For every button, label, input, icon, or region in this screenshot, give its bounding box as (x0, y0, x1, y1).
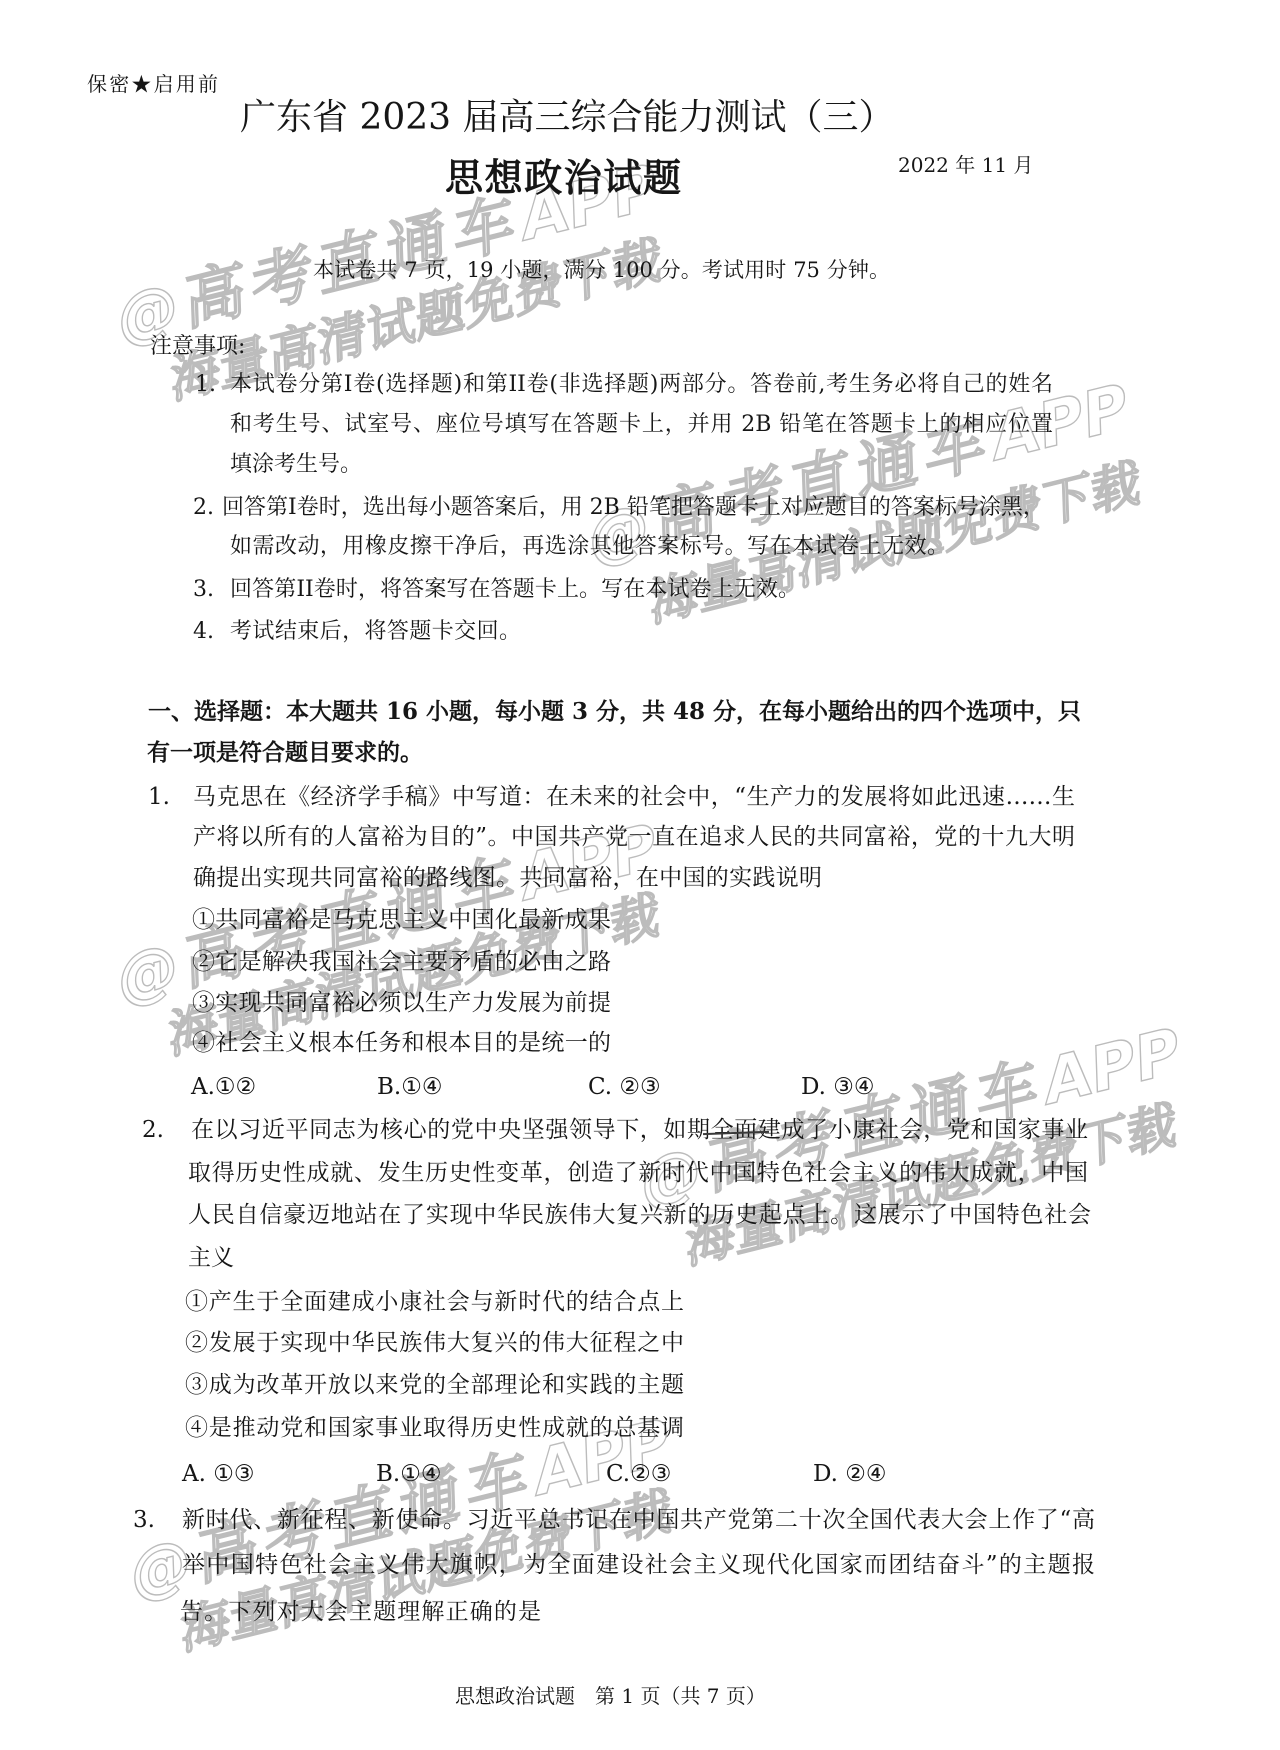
exam-date: 2022 年 11 月 (898, 151, 1033, 179)
question-stem-line: 在以习近平同志为核心的党中央坚强领导下，如期全面建成了小康社会，党和国家事业 (191, 1115, 1088, 1145)
exam-intro: 本试卷共 7 页，19 小题，满分 100 分。考试用时 75 分钟。 (313, 256, 890, 284)
question-stem-line: 确提出实现共同富裕的路线图。共同富裕，在中国的实践说明 (193, 863, 822, 893)
note-line: 回答第I卷时，选出每小题答案后，用 2B 铅笔把答题卡上对应题目的答案标号涂黑， (222, 493, 1043, 523)
statement: ④是推动党和国家事业取得历史性成就的总基调 (185, 1413, 684, 1443)
question-number: 3. (133, 1505, 155, 1535)
question-stem-line: 马克思在《经济学手稿》中写道：在未来的社会中，“生产力的发展将如此迅速……生 (193, 782, 1075, 812)
question-stem-line: 产将以所有的人富裕为目的”。中国共产党一直在追求人民的共同富裕，党的十九大明 (193, 822, 1075, 852)
confidential-label: 保密★启用前 (87, 70, 218, 98)
note-line: 考试结束后，将答题卡交回。 (230, 617, 521, 647)
statement: ②发展于实现中华民族伟大复兴的伟大征程之中 (185, 1328, 684, 1358)
option-d: D. ②④ (813, 1459, 886, 1489)
statement: ②它是解决我国社会主要矛盾的必由之路 (192, 947, 611, 977)
note-line: 填涂考生号。 (230, 450, 350, 480)
question-stem-line: 主义 (188, 1243, 234, 1273)
question-stem-line: 告。下列对大会主题理解正确的是 (180, 1597, 541, 1627)
section-heading-line: 有一项是符合题目要求的。 (147, 738, 417, 768)
question-number: 2. (142, 1115, 164, 1145)
note-line: 如需改动，用橡皮擦干净后，再选涂其他答案标号。写在本试卷上无效。 (230, 532, 949, 562)
section-heading-line: 一、选择题：本大题共 16 小题，每小题 3 分，共 48 分，在每小题给出的四… (148, 697, 1072, 727)
statement: ①共同富裕是马克思主义中国化最新成果 (192, 905, 611, 935)
question-stem-line: 举中国特色社会主义伟大旗帜，为全面建设社会主义现代化国家而团结奋斗”的主题报 (182, 1550, 1095, 1580)
option-b: B.①④ (376, 1459, 441, 1489)
note-line: 回答第II卷时，将答案写在答题卡上。写在本试卷上无效。 (230, 575, 800, 605)
exam-title: 广东省 2023 届高三综合能力测试（三） (240, 96, 885, 140)
statement: ③成为改革开放以来党的全部理论和实践的主题 (185, 1370, 684, 1400)
question-stem-line: 取得历史性成就、发生历史性变革，创造了新时代中国特色社会主义的伟大成就，中国 (188, 1158, 1088, 1188)
note-line: 本试卷分第I卷(选择题)和第II卷(非选择题)两部分。答卷前,考生务必将自己的姓… (230, 370, 1053, 400)
notes-heading: 注意事项: (150, 332, 245, 362)
note-line: 和考生号、试室号、座位号填写在答题卡上，并用 2B 铅笔在答题卡上的相应位置 (230, 410, 1053, 440)
note-number: 2. (193, 493, 214, 523)
statement: ①产生于全面建成小康社会与新时代的结合点上 (185, 1287, 684, 1317)
option-d: D. ③④ (801, 1072, 874, 1102)
option-a: A.①② (191, 1072, 256, 1102)
statement: ④社会主义根本任务和根本目的是统一的 (192, 1028, 611, 1058)
option-a: A. ①③ (182, 1459, 254, 1489)
note-number: 3. (193, 575, 214, 605)
option-b: B.①④ (377, 1072, 442, 1102)
note-number: 4. (193, 617, 214, 647)
statement: ③实现共同富裕必须以生产力发展为前提 (192, 988, 611, 1018)
option-c: C.②③ (606, 1459, 671, 1489)
subject-title: 思想政治试题 (445, 155, 681, 201)
question-stem-line: 人民自信豪迈地站在了实现中华民族伟大复兴新的历史起点上。这展示了中国特色社会 (188, 1200, 1091, 1230)
question-stem-line: 新时代、新征程、新使命。习近平总书记在中国共产党第二十次全国代表大会上作了“高 (182, 1505, 1095, 1535)
option-c: C. ②③ (588, 1072, 661, 1102)
page-footer: 思想政治试题 第 1 页（共 7 页） (455, 1682, 760, 1710)
question-number: 1. (148, 782, 170, 812)
note-number: 1. (195, 370, 216, 400)
